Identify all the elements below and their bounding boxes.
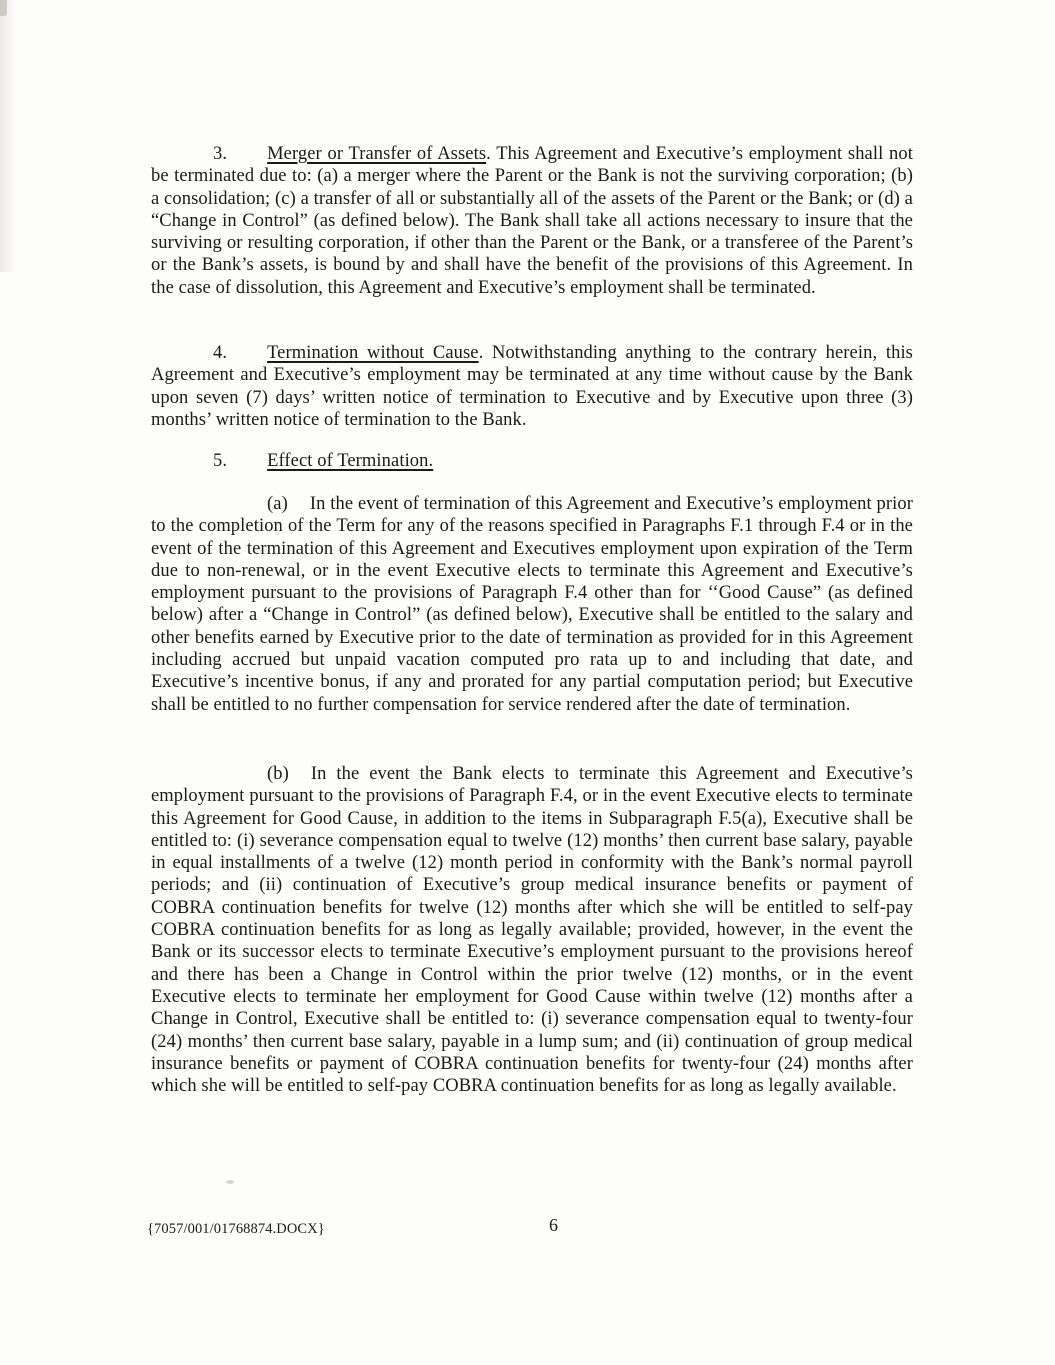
section-4-body: . Notwithstanding anything to the contra… — [151, 343, 913, 430]
subparagraph-a: (a)In the event of termination of this A… — [151, 493, 913, 716]
scan-speck-artifact — [226, 1180, 234, 1184]
document-page: 3.Merger or Transfer of Assets. This Agr… — [0, 0, 1055, 1365]
footer-document-id: {7057/001/01768874.DOCX} — [147, 1221, 325, 1238]
section-4-heading: Termination without Cause — [267, 343, 479, 363]
footer-page-number: 6 — [549, 1215, 558, 1236]
section-5-number: 5. — [213, 451, 227, 471]
paragraph-3: 3.Merger or Transfer of Assets. This Agr… — [151, 143, 913, 299]
paragraph-5: 5.Effect of Termination. — [151, 450, 913, 472]
section-3-heading: Merger or Transfer of Assets — [267, 144, 486, 164]
subparagraph-b-text: In the event the Bank elects to terminat… — [151, 764, 913, 1096]
subparagraph-b: (b)In the event the Bank elects to termi… — [151, 763, 913, 1097]
paragraph-4: 4.Termination without Cause. Notwithstan… — [151, 342, 913, 431]
section-4-number: 4. — [213, 343, 227, 363]
scan-corner-artifact — [0, 0, 7, 16]
section-3-number: 3. — [213, 144, 227, 164]
section-5-heading: Effect of Termination. — [267, 451, 433, 471]
section-3-body: . This Agreement and Executive’s employm… — [151, 144, 913, 298]
scan-edge-artifact — [0, 0, 16, 272]
subparagraph-a-text: In the event of termination of this Agre… — [151, 494, 913, 715]
subparagraph-a-label: (a) — [267, 494, 288, 514]
subparagraph-b-label: (b) — [267, 764, 289, 784]
